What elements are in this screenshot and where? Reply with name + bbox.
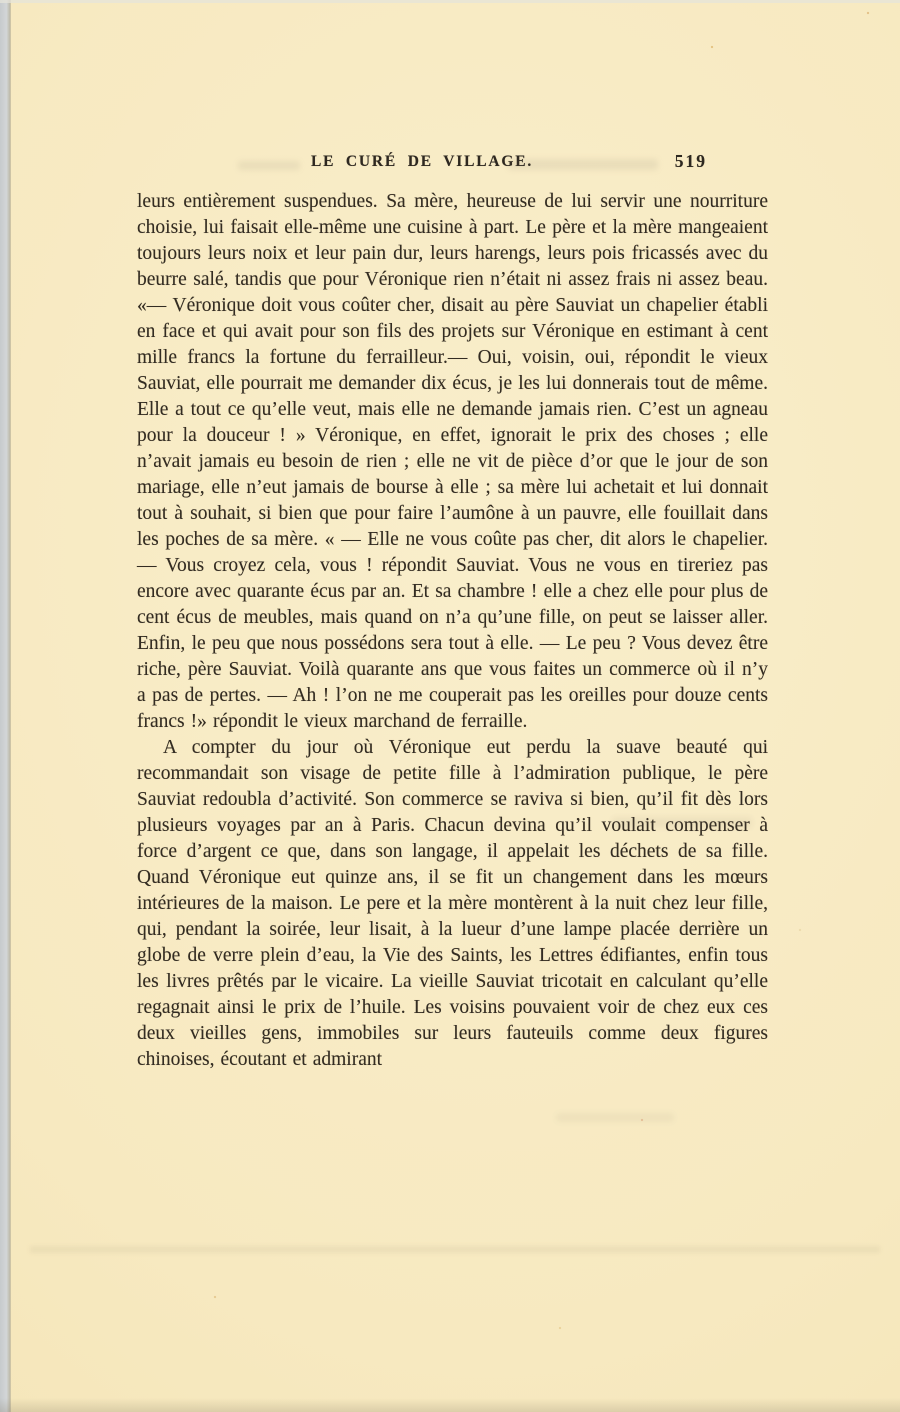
page-number: 519 xyxy=(675,151,707,172)
body-text: leurs entièrement suspendues. Sa mère, h… xyxy=(137,189,768,1073)
scanned-book-page: LE CURÉ DE VILLAGE. 519 leurs entièremen… xyxy=(0,0,900,1412)
running-head: LE CURÉ DE VILLAGE. 519 xyxy=(137,153,707,177)
paper-discoloration-band xyxy=(30,1246,880,1253)
scanner-edge-top xyxy=(0,0,900,3)
scanner-edge-left xyxy=(0,0,11,1412)
paragraph-2: A compter du jour où Véronique eut perdu… xyxy=(137,735,768,1073)
scanner-edge-bottom xyxy=(0,1398,900,1412)
page-title: LE CURÉ DE VILLAGE. xyxy=(137,153,707,171)
ink-bleed-smudge xyxy=(556,1113,674,1122)
paragraph-1: leurs entièrement suspendues. Sa mère, h… xyxy=(137,189,768,735)
